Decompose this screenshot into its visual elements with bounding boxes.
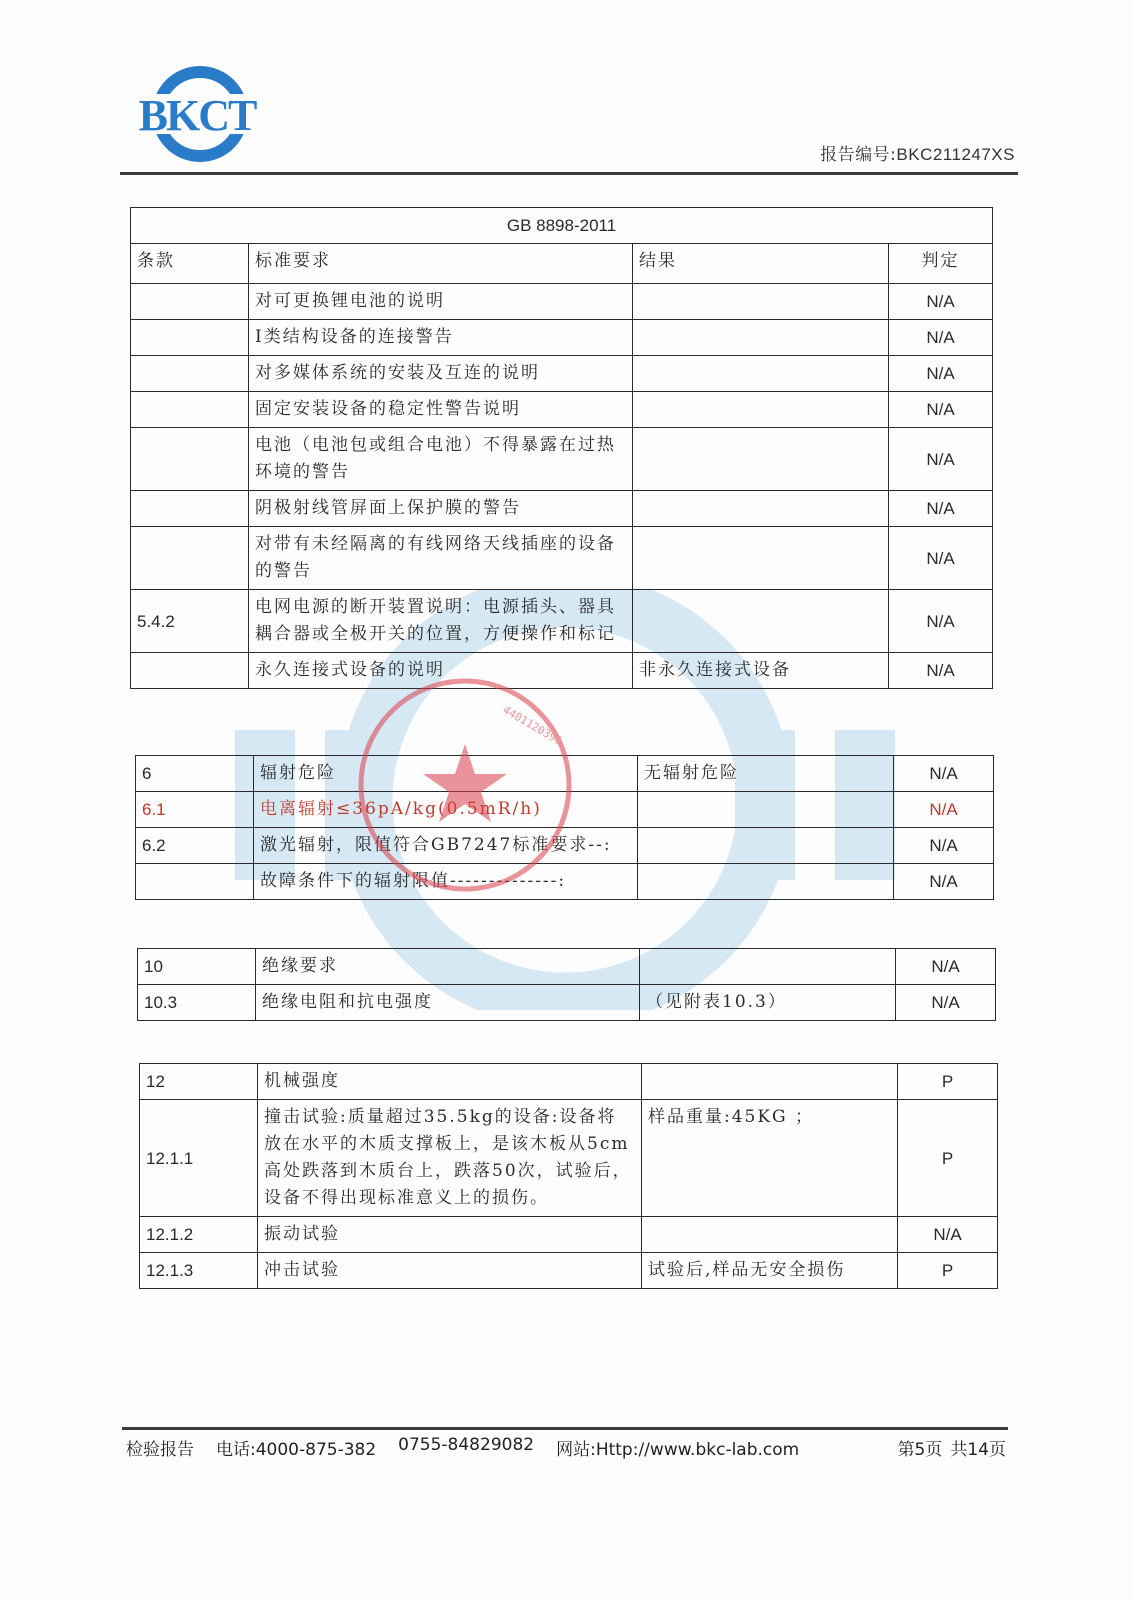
table-row: 故障条件下的辐射限值--------------:N/A xyxy=(136,864,994,900)
requirement-cell: 电离辐射≤36pA/kg(0.5mR/h) xyxy=(254,792,638,828)
result-cell xyxy=(633,491,889,527)
table-row: 对多媒体系统的安装及互连的说明N/A xyxy=(131,356,993,392)
table-row: 10.3绝缘电阻和抗电强度（见附表10.3）N/A xyxy=(138,985,996,1021)
clause-cell xyxy=(136,864,254,900)
footer-website[interactable]: 网站:Http://www.bkc-lab.com xyxy=(556,1435,799,1460)
radiation-table: 6辐射危险无辐射危险N/A6.1电离辐射≤36pA/kg(0.5mR/h)N/A… xyxy=(135,755,994,900)
table-row: 12.1.2振动试验N/A xyxy=(140,1217,998,1253)
table-row: 固定安装设备的稳定性警告说明N/A xyxy=(131,392,993,428)
clause-cell: 12.1.2 xyxy=(140,1217,258,1253)
verdict-cell: N/A xyxy=(898,1217,998,1253)
table-row: 永久连接式设备的说明非永久连接式设备N/A xyxy=(131,653,993,689)
requirement-cell: Ⅰ类结构设备的连接警告 xyxy=(249,320,633,356)
requirement-cell: 机械强度 xyxy=(258,1064,642,1100)
result-cell xyxy=(633,590,889,653)
standard-title: GB 8898-2011 xyxy=(131,208,993,244)
clause-cell: 12.1.1 xyxy=(140,1100,258,1217)
verdict-cell: N/A xyxy=(894,864,994,900)
result-cell xyxy=(633,356,889,392)
requirements-table: GB 8898-2011 条款 标准要求 结果 判定 对可更换锂电池的说明N/A… xyxy=(130,207,993,689)
result-cell xyxy=(638,828,894,864)
verdict-cell: N/A xyxy=(896,949,996,985)
result-cell: （见附表10.3） xyxy=(640,985,896,1021)
table-row: 12机械强度P xyxy=(140,1064,998,1100)
verdict-cell: N/A xyxy=(889,356,993,392)
footer-divider xyxy=(122,1427,1008,1430)
requirement-cell: 撞击试验:质量超过35.5kg的设备:设备将放在水平的木质支撑板上，是该木板从5… xyxy=(258,1100,642,1217)
clause-cell: 6 xyxy=(136,756,254,792)
verdict-cell: N/A xyxy=(889,590,993,653)
result-cell xyxy=(642,1217,898,1253)
footer-phone-2: 0755-84829082 xyxy=(398,1435,534,1460)
table-header-row: 条款 标准要求 结果 判定 xyxy=(131,244,993,284)
verdict-cell: N/A xyxy=(889,653,993,689)
table-title-row: GB 8898-2011 xyxy=(131,208,993,244)
clause-cell xyxy=(131,320,249,356)
table-row: 阴极射线管屏面上保护膜的警告N/A xyxy=(131,491,993,527)
table-row: 电池（电池包或组合电池）不得暴露在过热环境的警告N/A xyxy=(131,428,993,491)
clause-cell: 6.2 xyxy=(136,828,254,864)
clause-cell: 6.1 xyxy=(136,792,254,828)
table-row: 12.1.1撞击试验:质量超过35.5kg的设备:设备将放在水平的木质支撑板上，… xyxy=(140,1100,998,1217)
col-result: 结果 xyxy=(633,244,889,284)
clause-cell xyxy=(131,356,249,392)
verdict-cell: N/A xyxy=(889,320,993,356)
footer-page: 第5页共14页 xyxy=(898,1435,1006,1460)
requirement-cell: 固定安装设备的稳定性警告说明 xyxy=(249,392,633,428)
verdict-cell: N/A xyxy=(889,527,993,590)
clause-cell: 5.4.2 xyxy=(131,590,249,653)
verdict-cell: P xyxy=(898,1064,998,1100)
result-cell xyxy=(633,284,889,320)
verdict-cell: N/A xyxy=(889,284,993,320)
requirement-cell: 辐射危险 xyxy=(254,756,638,792)
requirement-cell: 永久连接式设备的说明 xyxy=(249,653,633,689)
footer: 检验报告 电话:4000-875-382 0755-84829082 网站:Ht… xyxy=(126,1435,1006,1460)
requirement-cell: 振动试验 xyxy=(258,1217,642,1253)
table-row: 对带有未经隔离的有线网络天线插座的设备的警告N/A xyxy=(131,527,993,590)
result-cell: 样品重量:45KG ； xyxy=(642,1100,898,1217)
result-cell xyxy=(640,949,896,985)
requirement-cell: 对可更换锂电池的说明 xyxy=(249,284,633,320)
clause-cell xyxy=(131,392,249,428)
result-cell xyxy=(633,392,889,428)
requirement-cell: 电网电源的断开装置说明：电源插头、器具耦合器或全极开关的位置，方便操作和标记 xyxy=(249,590,633,653)
verdict-cell: N/A xyxy=(894,792,994,828)
verdict-cell: N/A xyxy=(896,985,996,1021)
requirement-cell: 激光辐射，限值符合GB7247标准要求--: xyxy=(254,828,638,864)
requirement-cell: 阴极射线管屏面上保护膜的警告 xyxy=(249,491,633,527)
col-verdict: 判定 xyxy=(889,244,993,284)
verdict-cell: N/A xyxy=(894,828,994,864)
result-cell xyxy=(638,864,894,900)
result-cell xyxy=(633,428,889,491)
clause-cell xyxy=(131,491,249,527)
clause-cell: 10.3 xyxy=(138,985,256,1021)
clause-cell: 12 xyxy=(140,1064,258,1100)
requirement-cell: 绝缘电阻和抗电强度 xyxy=(256,985,640,1021)
header-divider xyxy=(120,172,1018,175)
verdict-cell: P xyxy=(898,1253,998,1289)
requirement-cell: 故障条件下的辐射限值--------------: xyxy=(254,864,638,900)
report-number: 报告编号:BKC211247XS xyxy=(820,140,1015,165)
col-clause: 条款 xyxy=(131,244,249,284)
table-row: 12.1.3冲击试验试验后,样品无安全损伤P xyxy=(140,1253,998,1289)
footer-phone: 电话:4000-875-382 xyxy=(216,1435,376,1460)
requirement-cell: 对带有未经隔离的有线网络天线插座的设备的警告 xyxy=(249,527,633,590)
result-cell: 非永久连接式设备 xyxy=(633,653,889,689)
verdict-cell: P xyxy=(898,1100,998,1217)
insulation-table: 10绝缘要求N/A10.3绝缘电阻和抗电强度（见附表10.3）N/A xyxy=(137,948,996,1021)
footer-doc-type: 检验报告 xyxy=(126,1435,194,1460)
table-row: Ⅰ类结构设备的连接警告N/A xyxy=(131,320,993,356)
clause-cell: 12.1.3 xyxy=(140,1253,258,1289)
result-cell xyxy=(633,320,889,356)
verdict-cell: N/A xyxy=(894,756,994,792)
table-row: 10绝缘要求N/A xyxy=(138,949,996,985)
result-cell xyxy=(642,1064,898,1100)
col-requirement: 标准要求 xyxy=(249,244,633,284)
bkct-logo: BKCT xyxy=(122,64,272,164)
result-cell xyxy=(633,527,889,590)
table-row: 5.4.2电网电源的断开装置说明：电源插头、器具耦合器或全极开关的位置，方便操作… xyxy=(131,590,993,653)
result-cell: 试验后,样品无安全损伤 xyxy=(642,1253,898,1289)
svg-text:BKCT: BKCT xyxy=(139,91,257,140)
table-row: 6.1电离辐射≤36pA/kg(0.5mR/h)N/A xyxy=(136,792,994,828)
table-row: 6辐射危险无辐射危险N/A xyxy=(136,756,994,792)
verdict-cell: N/A xyxy=(889,392,993,428)
verdict-cell: N/A xyxy=(889,428,993,491)
requirement-cell: 冲击试验 xyxy=(258,1253,642,1289)
requirement-cell: 绝缘要求 xyxy=(256,949,640,985)
clause-cell xyxy=(131,527,249,590)
svg-text:4401120396: 4401120396 xyxy=(501,703,565,747)
table-row: 对可更换锂电池的说明N/A xyxy=(131,284,993,320)
clause-cell xyxy=(131,653,249,689)
verdict-cell: N/A xyxy=(889,491,993,527)
clause-cell xyxy=(131,428,249,491)
requirement-cell: 对多媒体系统的安装及互连的说明 xyxy=(249,356,633,392)
result-cell xyxy=(638,792,894,828)
table-row: 6.2激光辐射，限值符合GB7247标准要求--:N/A xyxy=(136,828,994,864)
clause-cell: 10 xyxy=(138,949,256,985)
clause-cell xyxy=(131,284,249,320)
mechanical-table: 12机械强度P12.1.1撞击试验:质量超过35.5kg的设备:设备将放在水平的… xyxy=(139,1063,998,1289)
requirement-cell: 电池（电池包或组合电池）不得暴露在过热环境的警告 xyxy=(249,428,633,491)
result-cell: 无辐射危险 xyxy=(638,756,894,792)
